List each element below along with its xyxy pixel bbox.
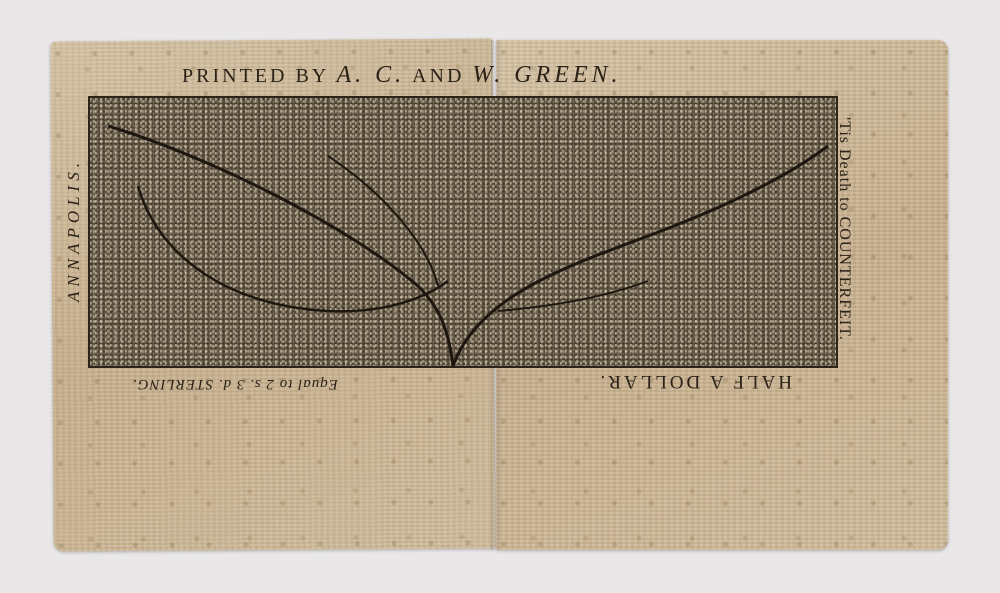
- printer-credit: PRINTED BY A. C. AND W. GREEN.: [182, 62, 622, 89]
- city-name: ANNAPOLIS.: [64, 100, 84, 360]
- printed-by-label: PRINTED BY: [182, 65, 328, 87]
- banknote: PRINTED BY A. C. AND W. GREEN. HALF A DO…: [52, 40, 952, 550]
- denomination-line: HALF A DOLLAR. Equal to 2 s. 3 d. STERLI…: [132, 370, 792, 392]
- leaf-impression-icon: [88, 96, 838, 368]
- counterfeit-warning: 'Tis Death to COUNTERFEIT.: [835, 79, 853, 379]
- denomination-text: HALF A DOLLAR.: [597, 370, 792, 392]
- printer-name: W. GREEN.: [472, 62, 621, 88]
- and-label: AND: [412, 65, 464, 87]
- sterling-equivalent: Equal to 2 s. 3 d. STERLING.: [132, 370, 338, 392]
- printer-initials: A. C.: [336, 62, 405, 88]
